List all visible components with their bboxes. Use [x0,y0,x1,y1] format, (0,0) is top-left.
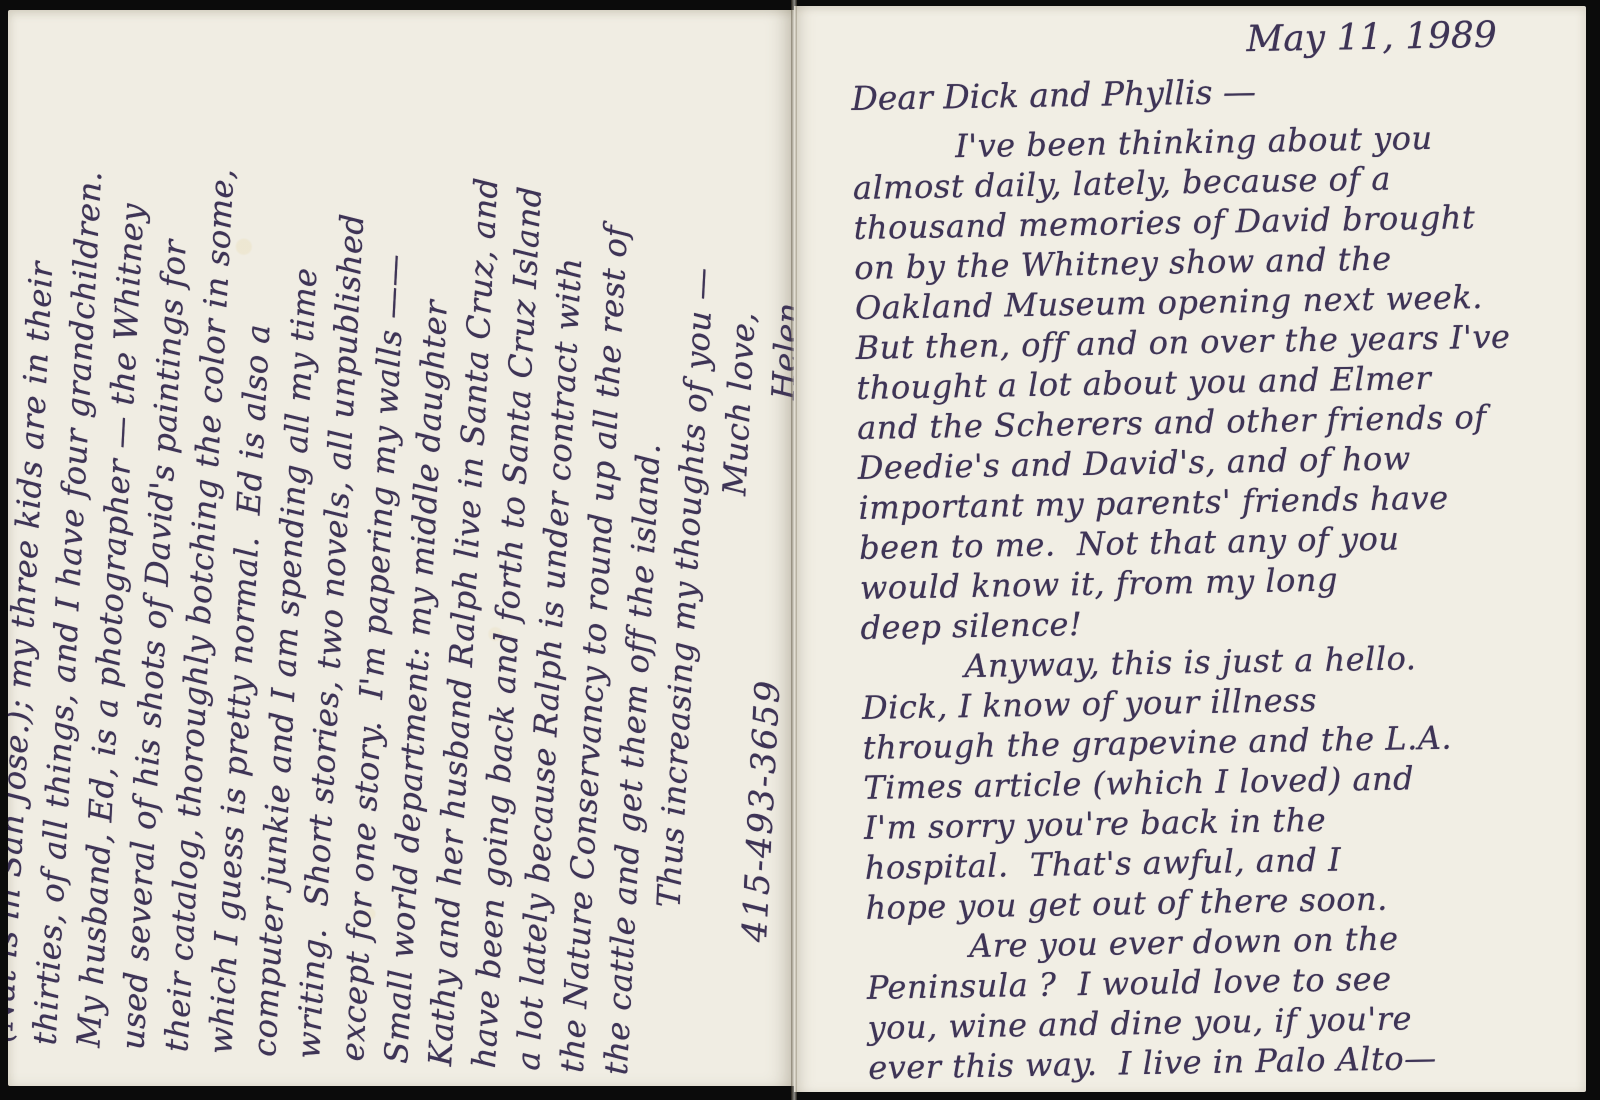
right-page-lines: I've been thinking about youalmost daily… [852,116,1579,1088]
letter-salutation: Dear Dick and Phyllis — [851,62,1562,124]
handwritten-letter-scan: (Nat is in San Jose.); my three kids are… [0,0,1600,1100]
letter-page-left: (Nat is in San Jose.); my three kids are… [8,10,794,1086]
letter-date: May 11, 1989 [1246,8,1561,67]
left-page-rotated-text: (Nat is in San Jose.); my three kids are… [8,13,794,1083]
right-page-text: May 11, 1989 Dear Dick and Phyllis — I'v… [850,8,1579,1088]
page-fold-crease [791,0,797,1100]
left-page-lines: (Nat is in San Jose.); my three kids are… [8,13,779,1081]
signature-helen: Helen [761,302,794,401]
letter-page-right: May 11, 1989 Dear Dick and Phyllis — I'v… [794,6,1586,1092]
